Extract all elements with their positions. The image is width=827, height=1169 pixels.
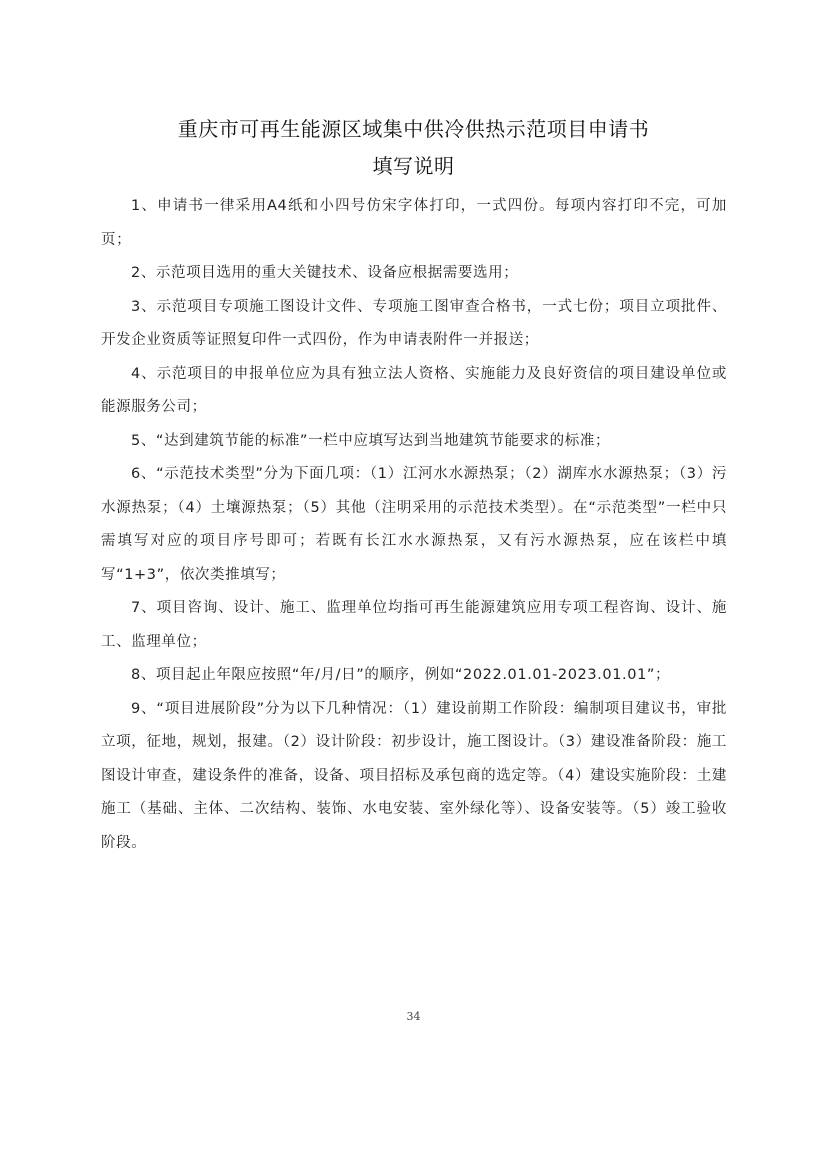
document-page: 重庆市可再生能源区域集中供冷供热示范项目申请书 填写说明 1、申请书一律采用A4…	[0, 0, 827, 1169]
instruction-item-9: 9、“项目进展阶段”分为以下几种情况：（1）建设前期工作阶段：编制项目建议书，审…	[101, 693, 727, 861]
document-title: 重庆市可再生能源区域集中供冷供热示范项目申请书	[0, 113, 827, 142]
instruction-item-7: 7、项目咨询、设计、施工、监理单位均指可再生能源建筑应用专项工程咨询、设计、施工…	[101, 592, 727, 659]
instruction-item-6: 6、“示范技术类型”分为下面几项：（1）江河水水源热泵；（2）湖库水水源热泵；（…	[101, 458, 727, 592]
instruction-item-4: 4、示范项目的申报单位应为具有独立法人资格、实施能力及良好资信的项目建设单位或能…	[101, 358, 727, 425]
instruction-item-5: 5、“达到建筑节能的标准”一栏中应填写达到当地建筑节能要求的标准；	[101, 425, 727, 459]
page-number: 34	[0, 1010, 827, 1023]
instruction-item-2: 2、示范项目选用的重大关键技术、设备应根据需要选用；	[101, 257, 727, 291]
document-subtitle: 填写说明	[0, 150, 827, 179]
instruction-item-1: 1、申请书一律采用A4纸和小四号仿宋字体打印，一式四份。每项内容打印不完，可加页…	[101, 190, 727, 257]
instruction-item-3: 3、示范项目专项施工图设计文件、专项施工图审查合格书，一式七份；项目立项批件、开…	[101, 291, 727, 358]
instructions-body: 1、申请书一律采用A4纸和小四号仿宋字体打印，一式四份。每项内容打印不完，可加页…	[101, 190, 727, 860]
instruction-item-8: 8、项目起止年限应按照“年/月/日”的顺序，例如“2022.01.01-2023…	[101, 659, 727, 693]
